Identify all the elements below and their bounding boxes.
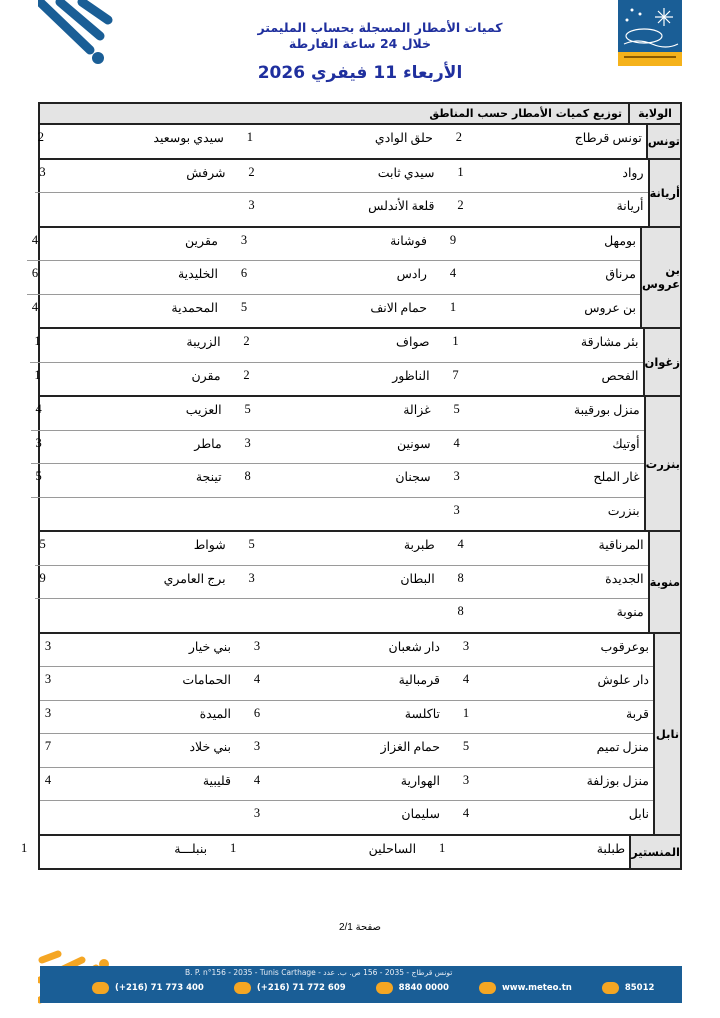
station-name: منزل بورقيبة <box>465 397 644 430</box>
table-row: بومهل9فوشانة3مقرين4 <box>27 228 640 261</box>
governorate-name: تونس <box>646 125 680 158</box>
rainfall-value: 7 <box>448 363 464 396</box>
station-name: منوبة <box>469 599 648 632</box>
station-name: نابل <box>474 801 653 834</box>
station-name: مرناق <box>461 261 640 294</box>
governorate-name: زغوان <box>643 329 680 395</box>
governorate-name: منوبة <box>648 532 680 632</box>
rainfall-value: 8 <box>453 599 469 632</box>
governorate-name: أريانة <box>648 160 681 226</box>
station-name: شواط <box>51 532 230 565</box>
contact-hotline: 8840 0000 <box>376 982 449 994</box>
rainfall-value: 1 <box>30 329 46 362</box>
rainfall-value: 5 <box>240 397 256 430</box>
table-body: تونستونس قرطاج2حلق الوادي1سيدي بوسعيد2أر… <box>40 125 680 868</box>
station-name: الحمامات <box>56 667 235 700</box>
station-name: البطان <box>260 566 439 599</box>
table-row: بنزرت3 <box>31 497 644 531</box>
rainfall-value: 2 <box>451 125 467 158</box>
table-row: نابل4سليمان3 <box>40 800 653 834</box>
footer-address: B. P. n°156 - 2035 - Tunis Carthage - تو… <box>185 968 452 977</box>
col-governorate: الولاية <box>628 104 680 123</box>
table-row: منزل بورقيبة5غزالة5العزيب4 <box>31 397 644 430</box>
rainfall-value: 3 <box>40 634 56 667</box>
rainfall-value: 3 <box>31 431 47 464</box>
rainfall-value: 5 <box>449 397 465 430</box>
station-name: تاكلسة <box>265 701 444 734</box>
station-name: العزيب <box>47 397 226 430</box>
page-number: صفحة 2/1 <box>0 922 720 933</box>
rainfall-value: 1 <box>225 836 241 869</box>
governorate-group: أريانةرواد1سيدي ثابت2شرفش3أريانة2قلعة ال… <box>40 160 680 228</box>
rainfall-value: 4 <box>453 532 469 565</box>
rainfall-value: 4 <box>249 768 265 801</box>
rainfall-value: 3 <box>35 160 51 193</box>
table-header: الولاية توزيع كميات الأمطار حسب المناطق <box>40 104 680 125</box>
rainfall-value: 3 <box>449 498 465 531</box>
rainfall-value: 3 <box>458 634 474 667</box>
governorate-group: تونستونس قرطاج2حلق الوادي1سيدي بوسعيد2 <box>40 125 680 160</box>
station-name: سليمان <box>265 801 444 834</box>
table-row: رواد1سيدي ثابت2شرفش3 <box>35 160 648 193</box>
governorate-group: بن عروسبومهل9فوشانة3مقرين4مرناق4رادس6الخ… <box>40 228 680 330</box>
table-row: أريانة2قلعة الأندلس3 <box>35 192 648 226</box>
station-name: المرناقية <box>469 532 648 565</box>
rainfall-value: 9 <box>445 228 461 261</box>
station-name: منزل بوزلفة <box>474 768 653 801</box>
rainfall-value <box>244 599 260 632</box>
station-name: صواف <box>255 329 434 362</box>
station-name: طبربة <box>260 532 439 565</box>
governorate-group: نابلبوعرقوب3دار شعبان3بني خيار3دار علوش4… <box>40 634 680 836</box>
rainfall-value: 1 <box>16 836 32 869</box>
governorate-name: نابل <box>653 634 680 834</box>
rainfall-value: 7 <box>40 734 56 767</box>
rainfall-value: 2 <box>244 160 260 193</box>
rainfall-value: 1 <box>448 329 464 362</box>
station-name: قليبية <box>56 768 235 801</box>
sms-icon <box>602 982 619 994</box>
rainfall-value: 4 <box>445 261 461 294</box>
rainfall-value: 5 <box>458 734 474 767</box>
table-row: غار الملح3سجنان8تينجة5 <box>31 463 644 497</box>
rainfall-value: 3 <box>244 566 260 599</box>
station-name: حمام الغزاز <box>265 734 444 767</box>
web-icon <box>479 982 496 994</box>
rainfall-value: 8 <box>453 566 469 599</box>
contact-fax: (+216) 71 772 609 <box>234 982 346 994</box>
station-name: حلق الوادي <box>258 125 437 158</box>
station-name: حمام الانف <box>252 295 431 328</box>
rainfall-value: 3 <box>244 193 260 226</box>
station-name: دار شعبان <box>265 634 444 667</box>
station-name: قلعة الأندلس <box>260 193 439 226</box>
rainfall-value: 4 <box>27 228 43 261</box>
station-name <box>47 498 226 531</box>
rainfall-value: 5 <box>35 532 51 565</box>
governorate-name: المنستير <box>629 836 680 869</box>
rainfall-value: 5 <box>244 532 260 565</box>
rainfall-value: 6 <box>249 701 265 734</box>
rainfall-value: 6 <box>236 261 252 294</box>
station-name: بنبلـــة <box>32 836 211 869</box>
station-name: بني خيار <box>56 634 235 667</box>
station-name: بوعرقوب <box>474 634 653 667</box>
rainfall-value <box>35 599 51 632</box>
station-name: غار الملح <box>465 464 644 497</box>
station-name <box>260 599 439 632</box>
station-name: بئر مشارقة <box>464 329 643 362</box>
station-name: أوتيك <box>465 431 644 464</box>
station-name: الناظور <box>255 363 434 396</box>
station-name: بن عروس <box>461 295 640 328</box>
station-name: الفحص <box>464 363 643 396</box>
table-row: الفحص7الناظور2مقرن1 <box>30 362 643 396</box>
table-row: تونس قرطاج2حلق الوادي1سيدي بوسعيد2 <box>33 125 646 158</box>
contact-sms: 85012 <box>602 982 655 994</box>
station-name: رادس <box>252 261 431 294</box>
rainfall-value: 4 <box>458 801 474 834</box>
station-name <box>51 193 230 226</box>
rainfall-value <box>40 801 56 834</box>
report-date: الأربعاء 11 فيفري 2026 <box>0 63 720 83</box>
table-row: دار علوش4قرمبالية4الحمامات3 <box>40 666 653 700</box>
rainfall-value: 2 <box>33 125 49 158</box>
station-name: فوشانة <box>252 228 431 261</box>
station-name: سيدي بوسعيد <box>49 125 228 158</box>
table-row: المرناقية4طبربة5شواط5 <box>35 532 648 565</box>
rainfall-value: 3 <box>40 667 56 700</box>
table-row: منزل بوزلفة3الهوارية4قليبية4 <box>40 767 653 801</box>
rainfall-value: 8 <box>240 464 256 497</box>
station-name: المحمدية <box>43 295 222 328</box>
governorate-name: بنزرت <box>644 397 680 530</box>
table-row: بوعرقوب3دار شعبان3بني خيار3 <box>40 634 653 667</box>
rainfall-value <box>35 193 51 226</box>
governorate-group: زغوانبئر مشارقة1صواف2الزريبة1الفحص7الناظ… <box>40 329 680 397</box>
station-name: الهوارية <box>265 768 444 801</box>
rainfall-value: 6 <box>27 261 43 294</box>
rainfall-value: 1 <box>434 836 450 869</box>
table-row: الجديدة8البطان3برج العامري9 <box>35 565 648 599</box>
governorate-group: بنزرتمنزل بورقيبة5غزالة5العزيب4أوتيك4سون… <box>40 397 680 532</box>
rainfall-value: 3 <box>458 768 474 801</box>
station-name: قرمبالية <box>265 667 444 700</box>
station-name: شرفش <box>51 160 230 193</box>
station-name: طبلبة <box>450 836 629 869</box>
contact-phone: (+216) 71 773 400 <box>92 982 204 994</box>
station-name: برج العامري <box>51 566 230 599</box>
rainfall-value: 1 <box>445 295 461 328</box>
rainfall-value: 4 <box>40 768 56 801</box>
rainfall-value: 1 <box>458 701 474 734</box>
rainfall-value: 3 <box>236 228 252 261</box>
rainfall-value: 2 <box>239 363 255 396</box>
table-row: منزل تميم5حمام الغزاز3بني خلاد7 <box>40 733 653 767</box>
rainfall-value: 4 <box>458 667 474 700</box>
station-name: مقرين <box>43 228 222 261</box>
footer-contacts: (+216) 71 773 400 (+216) 71 772 609 8840… <box>92 982 684 994</box>
station-name: سيدي ثابت <box>260 160 439 193</box>
station-name: بنزرت <box>465 498 644 531</box>
governorate-name: بن عروس <box>640 228 680 328</box>
station-name: تينجة <box>47 464 226 497</box>
governorate-group: منوبةالمرناقية4طبربة5شواط5الجديدة8البطان… <box>40 532 680 634</box>
station-name: أريانة <box>469 193 648 226</box>
rainfall-value <box>31 498 47 531</box>
rainfall-value: 4 <box>27 295 43 328</box>
table-row: قربة1تاكلسة6الميدة3 <box>40 700 653 734</box>
hotline-icon <box>376 982 393 994</box>
col-distribution: توزيع كميات الأمطار حسب المناطق <box>40 104 628 123</box>
governorate-group: المنستيرطبلبة1الساحلين1بنبلـــة1 <box>40 836 680 869</box>
station-name: الخليدية <box>43 261 222 294</box>
station-name: غزالة <box>256 397 435 430</box>
station-name: سجنان <box>256 464 435 497</box>
station-name <box>56 801 235 834</box>
station-name: مقرن <box>46 363 225 396</box>
station-name: بني خلاد <box>56 734 235 767</box>
station-name: قربة <box>474 701 653 734</box>
report-subtitle: خلال 24 ساعة الفارطة <box>0 36 720 52</box>
rainfall-value: 1 <box>30 363 46 396</box>
rainfall-value: 3 <box>240 431 256 464</box>
station-name: سونين <box>256 431 435 464</box>
rainfall-table: الولاية توزيع كميات الأمطار حسب المناطق … <box>38 102 682 870</box>
station-name <box>51 599 230 632</box>
table-row: بن عروس1حمام الانف5المحمدية4 <box>27 294 640 328</box>
rainfall-value: 4 <box>249 667 265 700</box>
phone-icon <box>92 982 109 994</box>
rainfall-value: 3 <box>249 734 265 767</box>
rainfall-value <box>240 498 256 531</box>
station-name <box>256 498 435 531</box>
rainfall-value: 3 <box>249 801 265 834</box>
rainfall-value: 5 <box>236 295 252 328</box>
fax-icon <box>234 982 251 994</box>
rainfall-value: 3 <box>40 701 56 734</box>
station-name: الميدة <box>56 701 235 734</box>
station-name: الساحلين <box>241 836 420 869</box>
rainfall-value: 2 <box>453 193 469 226</box>
table-row: منوبة8 <box>35 598 648 632</box>
rainfall-value: 5 <box>31 464 47 497</box>
station-name: الزريبة <box>46 329 225 362</box>
contact-web[interactable]: www.meteo.tn <box>479 982 572 994</box>
rainfall-value: 3 <box>449 464 465 497</box>
table-row: مرناق4رادس6الخليدية6 <box>27 260 640 294</box>
station-name: رواد <box>469 160 648 193</box>
rainfall-value: 2 <box>239 329 255 362</box>
station-name: منزل تميم <box>474 734 653 767</box>
rainfall-value: 9 <box>35 566 51 599</box>
rainfall-value: 3 <box>249 634 265 667</box>
rainfall-value: 1 <box>453 160 469 193</box>
table-row: بئر مشارقة1صواف2الزريبة1 <box>30 329 643 362</box>
station-name: بومهل <box>461 228 640 261</box>
report-title: كميات الأمطار المسجلة بحساب المليمتر <box>40 20 720 36</box>
station-name: تونس قرطاج <box>467 125 646 158</box>
station-name: الجديدة <box>469 566 648 599</box>
station-name: ماطر <box>47 431 226 464</box>
rainfall-value: 4 <box>449 431 465 464</box>
station-name: دار علوش <box>474 667 653 700</box>
table-row: أوتيك4سونين3ماطر3 <box>31 430 644 464</box>
rainfall-value: 1 <box>242 125 258 158</box>
rainfall-value: 4 <box>31 397 47 430</box>
table-row: طبلبة1الساحلين1بنبلـــة1 <box>16 836 629 869</box>
